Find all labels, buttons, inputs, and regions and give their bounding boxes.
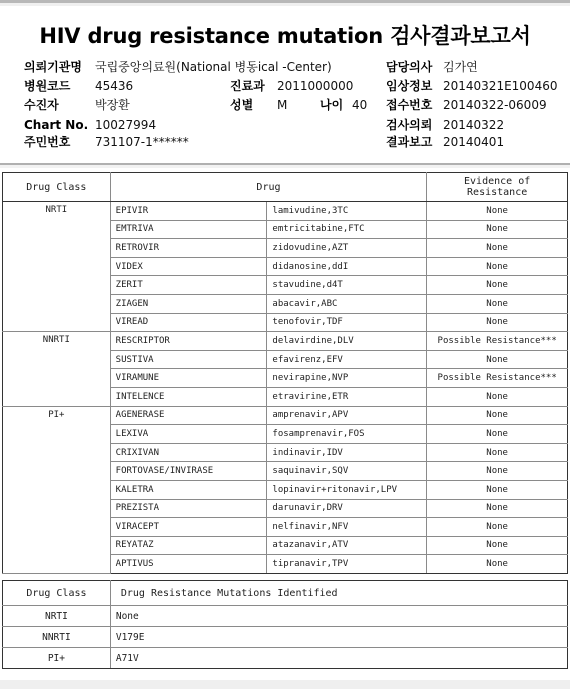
resident-no-value-wrap: 731107-1****** <box>95 135 189 149</box>
brand-name-cell: AGENERASE <box>110 406 267 425</box>
department-value-wrap: 2011000000 <box>277 79 353 93</box>
brand-name-cell: ZERIT <box>110 276 267 295</box>
resistance-table-header: Drug Class Drug Evidence of Resistance <box>3 173 568 202</box>
evidence-cell: None <box>427 536 568 555</box>
drug-class-cell: NRTI <box>3 606 111 627</box>
patient-value: 박장환 <box>95 98 130 112</box>
sex-value: M <box>277 98 287 112</box>
header-drug-class: Drug Class <box>3 173 111 202</box>
hospital-code-field: 병원코드 <box>24 79 70 93</box>
institution-label: 의뢰기관명 <box>24 60 82 74</box>
clinical-info-value: 20140321E100460 <box>443 79 557 93</box>
evidence-cell: None <box>427 480 568 499</box>
evidence-cell: None <box>427 202 568 221</box>
evidence-cell: None <box>427 462 568 481</box>
brand-name-cell: APTIVUS <box>110 555 267 574</box>
doctor-value: 김가연 <box>443 60 478 74</box>
brand-name-cell: VIRACEPT <box>110 518 267 537</box>
patient-value-wrap: 박장환 <box>95 98 130 112</box>
mutations-table-header: Drug Class Drug Resistance Mutations Ide… <box>3 581 568 606</box>
table-row: NRTI None <box>3 606 568 627</box>
generic-name-cell: nelfinavir,NFV <box>267 518 427 537</box>
receipt-no-label: 접수번호 <box>386 98 432 112</box>
evidence-cell: None <box>427 425 568 444</box>
result-report-label: 결과보고 <box>386 135 432 149</box>
report-title: HIV drug resistance mutation 검사결과보고서 <box>0 20 570 50</box>
test-request-field: 검사의뢰 <box>386 118 432 132</box>
age-field: 나이 <box>320 98 343 112</box>
mutations-cell: V179E <box>110 627 567 648</box>
evidence-cell: None <box>427 406 568 425</box>
chart-no-field: Chart No. <box>24 118 88 132</box>
brand-name-cell: EPIVIR <box>110 202 267 221</box>
patient-field: 수진자 <box>24 98 59 112</box>
generic-name-cell: saquinavir,SQV <box>267 462 427 481</box>
test-request-value-wrap: 20140322 <box>443 118 504 132</box>
evidence-cell: None <box>427 276 568 295</box>
generic-name-cell: lopinavir+ritonavir,LPV <box>267 480 427 499</box>
mutations-table: Drug Class Drug Resistance Mutations Ide… <box>2 580 568 669</box>
table-row: NNRTIRESCRIPTORdelavirdine,DLVPossible R… <box>3 332 568 351</box>
evidence-cell: Possible Resistance*** <box>427 369 568 388</box>
brand-name-cell: LEXIVA <box>110 425 267 444</box>
generic-name-cell: nevirapine,NVP <box>267 369 427 388</box>
resident-no-label: 주민번호 <box>24 135 70 149</box>
brand-name-cell: CRIXIVAN <box>110 443 267 462</box>
table-row: NRTIEPIVIRlamivudine,3TCNone <box>3 202 568 221</box>
clinical-info-label: 임상정보 <box>386 79 432 93</box>
receipt-no-value: 20140322-06009 <box>443 98 547 112</box>
generic-name-cell: darunavir,DRV <box>267 499 427 518</box>
header-separator-shade <box>0 165 570 168</box>
brand-name-cell: REYATAZ <box>110 536 267 555</box>
table-row: PI+ A71V <box>3 648 568 669</box>
table-row: PI+AGENERASEamprenavir,APVNone <box>3 406 568 425</box>
header-evidence: Evidence of Resistance <box>427 173 568 202</box>
table-row: NNRTI V179E <box>3 627 568 648</box>
chart-no-value-wrap: 10027994 <box>95 118 156 132</box>
institution-value: 국립중앙의료원(National 병동ical -Center) <box>95 60 332 74</box>
clinical-info-field: 임상정보 <box>386 79 432 93</box>
department-label: 진료과 <box>230 79 265 93</box>
evidence-cell: None <box>427 387 568 406</box>
drug-class-cell: NNRTI <box>3 332 111 406</box>
generic-name-cell: efavirenz,EFV <box>267 350 427 369</box>
age-label: 나이 <box>320 98 343 112</box>
hospital-code-value: 45436 <box>95 79 133 93</box>
drug-class-cell: PI+ <box>3 406 111 573</box>
generic-name-cell: etravirine,ETR <box>267 387 427 406</box>
receipt-no-value-wrap: 20140322-06009 <box>443 98 547 112</box>
evidence-cell: None <box>427 294 568 313</box>
test-request-value: 20140322 <box>443 118 504 132</box>
hospital-code-value-wrap: 45436 <box>95 79 133 93</box>
brand-name-cell: SUSTIVA <box>110 350 267 369</box>
generic-name-cell: emtricitabine,FTC <box>267 220 427 239</box>
department-field: 진료과 <box>230 79 265 93</box>
top-shade <box>0 3 570 6</box>
institution-field: 의뢰기관명 <box>24 60 82 74</box>
result-report-value-wrap: 20140401 <box>443 135 504 149</box>
drug-class-cell: NRTI <box>3 202 111 332</box>
generic-name-cell: didanosine,ddI <box>267 257 427 276</box>
brand-name-cell: VIRAMUNE <box>110 369 267 388</box>
doctor-value-wrap: 김가연 <box>443 60 478 74</box>
evidence-cell: Possible Resistance*** <box>427 332 568 351</box>
sex-field: 성별 <box>230 98 253 112</box>
chart-no-label: Chart No. <box>24 118 88 132</box>
institution-value-wrap: 국립중앙의료원(National 병동ical -Center) <box>95 60 332 74</box>
generic-name-cell: tenofovir,TDF <box>267 313 427 332</box>
drug-class-cell: NNRTI <box>3 627 111 648</box>
generic-name-cell: tipranavir,TPV <box>267 555 427 574</box>
result-report-field: 결과보고 <box>386 135 432 149</box>
brand-name-cell: RESCRIPTOR <box>110 332 267 351</box>
sex-value-wrap: M <box>277 98 287 112</box>
doctor-field: 담당의사 <box>386 60 432 74</box>
brand-name-cell: VIDEX <box>110 257 267 276</box>
generic-name-cell: fosamprenavir,FOS <box>267 425 427 444</box>
mutations-cell: A71V <box>110 648 567 669</box>
evidence-cell: None <box>427 257 568 276</box>
generic-name-cell: zidovudine,AZT <box>267 239 427 258</box>
test-request-label: 검사의뢰 <box>386 118 432 132</box>
brand-name-cell: INTELENCE <box>110 387 267 406</box>
generic-name-cell: lamivudine,3TC <box>267 202 427 221</box>
chart-no-value: 10027994 <box>95 118 156 132</box>
patient-label: 수진자 <box>24 98 59 112</box>
brand-name-cell: RETROVIR <box>110 239 267 258</box>
brand-name-cell: KALETRA <box>110 480 267 499</box>
department-value: 2011000000 <box>277 79 353 93</box>
generic-name-cell: atazanavir,ATV <box>267 536 427 555</box>
brand-name-cell: FORTOVASE/INVIRASE <box>110 462 267 481</box>
evidence-cell: None <box>427 220 568 239</box>
evidence-cell: None <box>427 313 568 332</box>
generic-name-cell: indinavir,IDV <box>267 443 427 462</box>
brand-name-cell: ZIAGEN <box>110 294 267 313</box>
age-value-wrap: 40 <box>352 98 367 112</box>
bottom-band <box>0 680 570 689</box>
generic-name-cell: abacavir,ABC <box>267 294 427 313</box>
receipt-no-field: 접수번호 <box>386 98 432 112</box>
evidence-cell: None <box>427 518 568 537</box>
brand-name-cell: PREZISTA <box>110 499 267 518</box>
evidence-cell: None <box>427 350 568 369</box>
header-drug-class: Drug Class <box>3 581 111 606</box>
header-drug: Drug <box>110 173 427 202</box>
header-mutations: Drug Resistance Mutations Identified <box>110 581 567 606</box>
resident-no-value: 731107-1****** <box>95 135 189 149</box>
brand-name-cell: EMTRIVA <box>110 220 267 239</box>
resistance-table: Drug Class Drug Evidence of Resistance N… <box>2 172 568 574</box>
generic-name-cell: delavirdine,DLV <box>267 332 427 351</box>
hospital-code-label: 병원코드 <box>24 79 70 93</box>
brand-name-cell: VIREAD <box>110 313 267 332</box>
drug-class-cell: PI+ <box>3 648 111 669</box>
sex-label: 성별 <box>230 98 253 112</box>
doctor-label: 담당의사 <box>386 60 432 74</box>
resident-no-field: 주민번호 <box>24 135 70 149</box>
evidence-cell: None <box>427 443 568 462</box>
generic-name-cell: stavudine,d4T <box>267 276 427 295</box>
clinical-info-value-wrap: 20140321E100460 <box>443 79 557 93</box>
evidence-cell: None <box>427 239 568 258</box>
evidence-cell: None <box>427 555 568 574</box>
age-value: 40 <box>352 98 367 112</box>
generic-name-cell: amprenavir,APV <box>267 406 427 425</box>
evidence-cell: None <box>427 499 568 518</box>
mutations-cell: None <box>110 606 567 627</box>
result-report-value: 20140401 <box>443 135 504 149</box>
